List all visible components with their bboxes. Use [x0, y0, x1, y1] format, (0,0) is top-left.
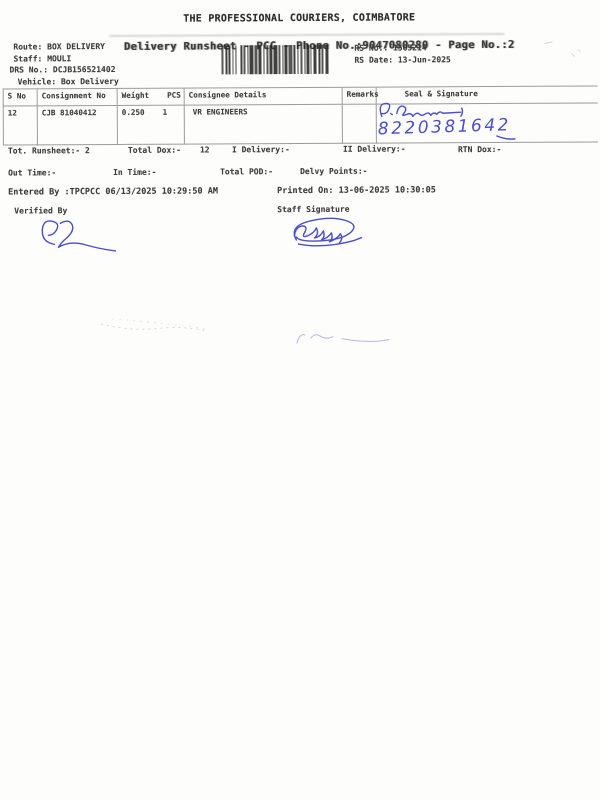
- cell-remarks: [343, 105, 377, 144]
- cell-s-no: 12: [3, 106, 38, 145]
- drs-no-value: DCJB156521402: [53, 65, 116, 74]
- staff-signature-label: Staff Signature: [277, 205, 349, 214]
- cell-weight-pcs: 0.2501: [118, 106, 185, 145]
- staff-signature-scribble: [294, 218, 361, 246]
- pencil-scuff-mark: [101, 324, 205, 332]
- col-header-pcs: PCS: [167, 91, 181, 105]
- entered-by-text: Entered By :TPCPCC 06/13/2025 10:29:50 A…: [8, 186, 218, 197]
- col-header-consignee: Consignee Details: [185, 88, 343, 106]
- rs-no-value: 1565214: [393, 43, 427, 52]
- rs-date-field: RS Date: 13-Jun-2025: [354, 55, 450, 65]
- verified-by-signature: [42, 221, 115, 252]
- cell-consignee: VR ENGINEERS: [185, 105, 343, 145]
- total-pod-label: Total POD:-: [220, 167, 273, 176]
- col-header-weight: Weight: [122, 91, 150, 105]
- staff-label: Staff:: [13, 54, 42, 63]
- drs-no-label: DRS No.:: [10, 65, 49, 74]
- delvy-points-label: Delvy Points:-: [300, 167, 367, 176]
- rs-no-field: RS No.: 1565214: [354, 43, 426, 52]
- faint-ink-flick: [297, 334, 389, 343]
- route-label: Route:: [13, 42, 42, 51]
- vehicle-field: Vehicle: Box Delivery: [18, 77, 119, 87]
- route-value: BOX DELIVERY: [47, 42, 105, 51]
- tot-runsheet-value: 2: [85, 146, 90, 155]
- tot-runsheet-field: Tot. Runsheet:- 2: [8, 146, 90, 155]
- rtn-dox-label: RTN Dox:-: [458, 145, 501, 154]
- drs-no-field: DRS No.: DCJB156521402: [10, 65, 116, 75]
- tot-runsheet-label: Tot. Runsheet:-: [8, 146, 80, 155]
- staff-field: Staff: MOULI: [13, 54, 71, 63]
- i-delivery-label: I Delivery:-: [232, 145, 290, 154]
- barcode-icon: [221, 45, 329, 75]
- total-dox-label: Total Dox:-: [128, 146, 181, 155]
- cell-weight: 0.250: [122, 108, 145, 144]
- sheet: THE PROFESSIONAL COURIERS, COIMBATORE De…: [0, 0, 600, 800]
- scanned-delivery-runsheet: THE PROFESSIONAL COURIERS, COIMBATORE De…: [0, 0, 600, 800]
- pencil-scuff-dots: [113, 319, 205, 329]
- print-smudge: [109, 33, 504, 37]
- printed-on-text: Printed On: 13-06-2025 10:30:05: [277, 185, 436, 196]
- vehicle-label: Vehicle:: [18, 77, 57, 86]
- out-time-label: Out Time:-: [8, 168, 56, 177]
- total-dox-value: 12: [200, 145, 210, 154]
- col-header-seal-signature: Seal & Signature: [377, 86, 598, 104]
- cell-consignment-no: CJB 81040412: [38, 106, 118, 145]
- in-time-label: In Time:-: [113, 168, 156, 177]
- barcode-bar: [328, 45, 329, 74]
- handwritten-phone-number: 8220381642: [378, 115, 512, 139]
- vehicle-value: Box Delivery: [61, 77, 119, 86]
- rs-date-label: RS Date:: [354, 56, 393, 65]
- col-header-remarks: Remarks: [343, 88, 377, 105]
- col-header-consignment-no: Consignment No: [38, 89, 118, 106]
- col-header-weight-pcs: WeightPCS: [118, 89, 185, 106]
- rs-date-value: 13-Jun-2025: [398, 55, 451, 64]
- staff-value: MOULI: [47, 54, 71, 63]
- rs-no-label: RS No.:: [354, 44, 388, 53]
- page-title: THE PROFESSIONAL COURIERS, COIMBATORE: [0, 11, 599, 25]
- route-field: Route: BOX DELIVERY: [13, 42, 105, 51]
- ii-delivery-label: II Delivery:-: [343, 144, 406, 153]
- col-header-s-no: S No: [3, 89, 38, 106]
- cell-pcs: 1: [163, 108, 168, 144]
- verified-by-label: Verified By: [14, 206, 67, 215]
